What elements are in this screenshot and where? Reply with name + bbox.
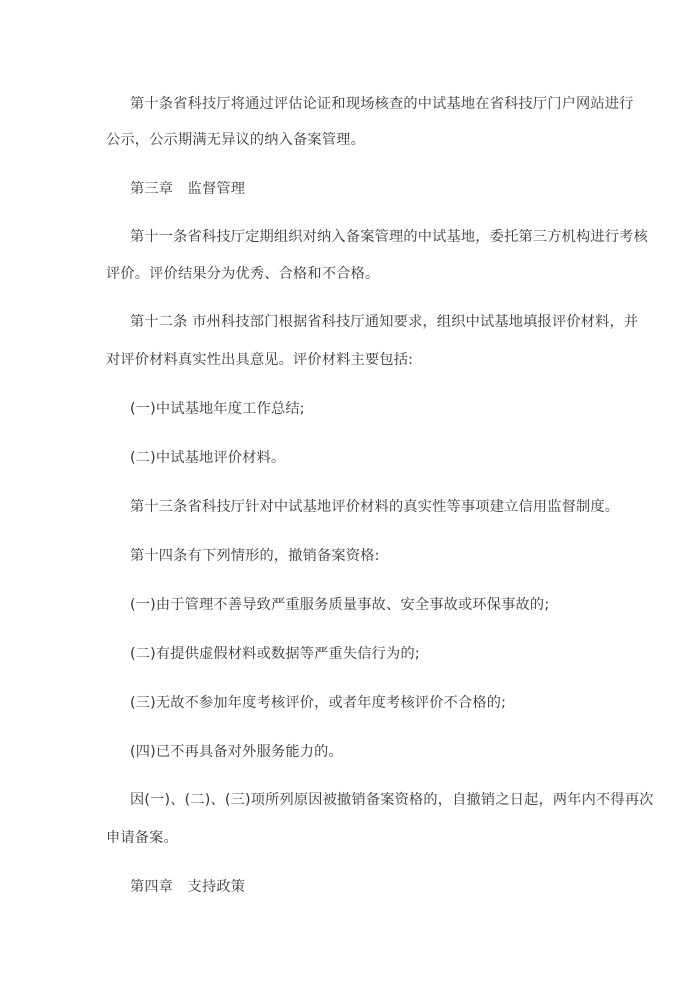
text-line: 第三章 监督管理 (130, 179, 245, 199)
text-line: (一)中试基地年度工作总结; (130, 399, 305, 419)
text-line: 第十一条省科技厅定期组织对纳入备案管理的中试基地，委托第三方机构进行考核 (130, 227, 648, 247)
text-line: (二)中试基地评价材料。 (130, 448, 285, 468)
text-line: 第十二条 市州科技部门根据省科技厅通知要求，组织中试基地填报评价材料，并 (130, 312, 638, 332)
text-line: 第十三条省科技厅针对中试基地评价材料的真实性等事项建立信用监督制度。 (130, 497, 619, 517)
text-line: 第十四条有下列情形的，撤销备案资格: (130, 546, 380, 566)
text-line: 因(一)、(二)、(三)项所列原因被撤销备案资格的，自撤销之日起，两年内不得再次 (130, 790, 654, 810)
text-line: 公示，公示期满无异议的纳入备案管理。 (106, 130, 365, 150)
text-line: (四)已不再具备对外服务能力的。 (130, 742, 343, 762)
text-line: (二)有提供虚假材料或数据等严重失信行为的; (130, 644, 420, 664)
text-line: (一)由于管理不善导致严重服务质量事故、安全事故或环保事故的; (130, 595, 549, 615)
text-line: 第四章 支持政策 (130, 877, 245, 897)
text-line: 对评价材料真实性出具意见。评价材料主要包括: (106, 350, 413, 370)
text-line: (三)无故不参加年度考核评价，或者年度考核评价不合格的; (130, 693, 506, 713)
text-line: 评价。评价结果分为优秀、合格和不合格。 (106, 264, 379, 284)
text-line: 第十条省科技厅将通过评估论证和现场核查的中试基地在省科技厅门户网站进行 (130, 94, 634, 114)
text-line: 申请备案。 (106, 828, 178, 848)
